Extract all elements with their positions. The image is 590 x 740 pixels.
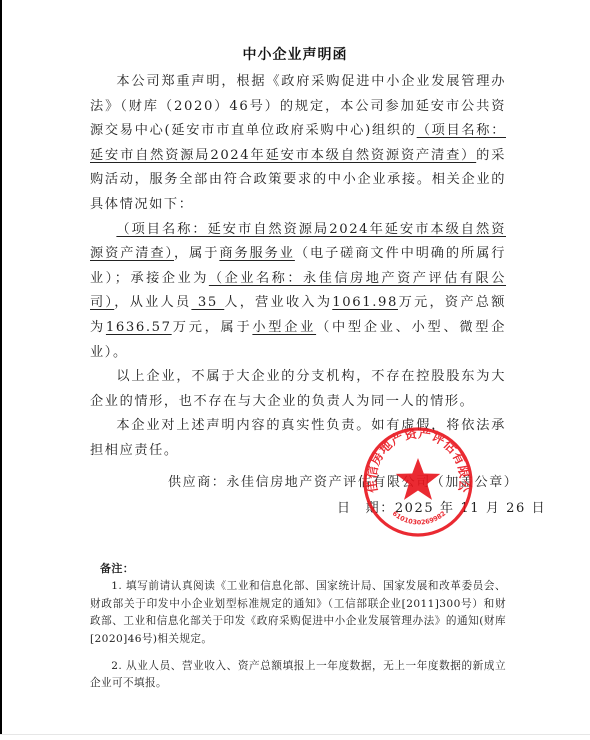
page-bottom-edge — [0, 734, 590, 735]
industry-value: 商务服务业 — [219, 246, 295, 261]
paragraph-text: 人，营业收入为 — [224, 295, 332, 310]
document-page: 中小企业声明函 本公司郑重声明，根据《政府采购促进中小企业发展管理办法》（财库（… — [0, 0, 590, 734]
declaration-paragraph-1: 本公司郑重声明，根据《政府采购促进中小企业发展管理办法》（财库（2020）46号… — [90, 70, 506, 218]
svg-text:6101030269982: 6101030269982 — [391, 510, 447, 527]
enterprise-details-paragraph: （项目名称：延安市自然资源局2024年延安市本级自然资源资产清查），属于商务服务… — [90, 218, 506, 366]
paragraph-text: ，属于 — [174, 246, 219, 261]
document-title: 中小企业声明函 — [0, 44, 590, 64]
non-large-enterprise-paragraph: 以上企业，不属于大企业的分支机构，不存在控股股东为大企业的情形，也不存在与大企业… — [90, 365, 506, 414]
revenue-value: 1061.98 — [332, 295, 398, 310]
enterprise-size-value: 小型企业 — [252, 320, 316, 335]
paragraph-text: 万元，属于 — [172, 320, 253, 335]
notes-title: 备注： — [100, 560, 506, 577]
notes-section: 备注： 1. 填写前请认真阅读《工业和信息化部、国家统计局、国家发展和改革委员会… — [90, 560, 506, 693]
date-label: 日 — [337, 501, 352, 516]
total-assets-value: 1636.57 — [106, 320, 172, 335]
seal-star-icon — [396, 458, 441, 500]
company-seal-icon: 永佳信房地产资产评估有限公司 6101030269982 — [361, 425, 475, 539]
document-body: 本公司郑重声明，根据《政府采购促进中小企业发展管理办法》（财库（2020）46号… — [90, 70, 506, 464]
note-item-2: 2. 从业人员、营业收入、资产总额填报上一年度数据，无上一年度数据的新成立企业可… — [90, 658, 506, 693]
paragraph-text: ，从业人员 — [114, 295, 191, 310]
note-item-1: 1. 填写前请认真阅读《工业和信息化部、国家统计局、国家发展和改革委员会、财政部… — [90, 578, 506, 648]
staff-count-value: 35 — [191, 295, 224, 310]
